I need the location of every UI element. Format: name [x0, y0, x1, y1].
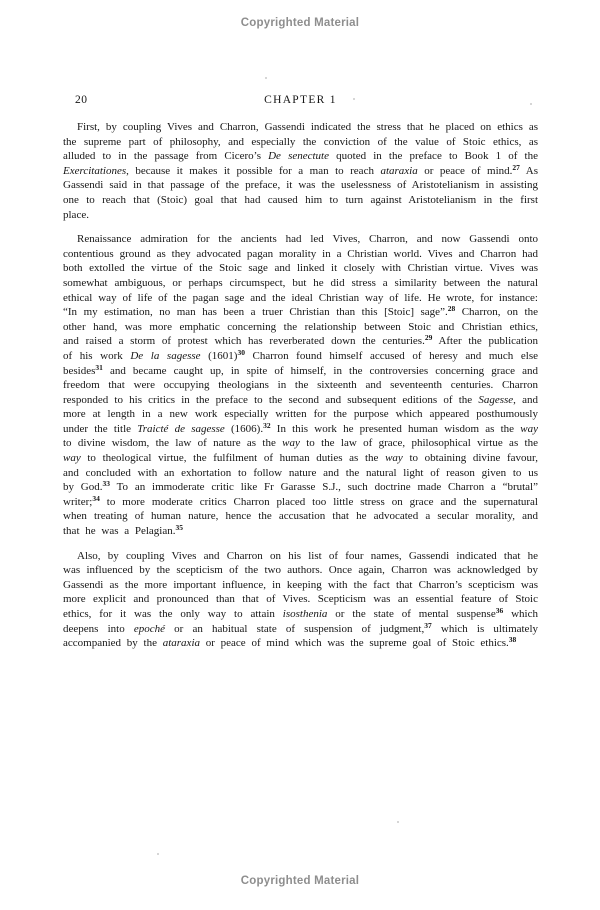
footnote-reference: 32 [263, 421, 271, 430]
text-run: or the state of mental suspense [327, 608, 495, 620]
text-run: or an habitual state of suspension of ju… [165, 623, 424, 635]
paragraph: Also, by coupling Vives and Charron on h… [63, 549, 538, 651]
paragraph: First, by coupling Vives and Charron, Ga… [63, 120, 538, 222]
copyright-notice-top: Copyrighted Material [0, 17, 600, 29]
text-run: to theological virtue, the fulfilment of… [81, 452, 385, 464]
book-page-scan: Copyrighted Material 20 CHAPTER 1 First,… [0, 0, 600, 910]
footnote-reference: 31 [95, 363, 103, 372]
italic-text: ataraxia [380, 165, 417, 177]
italic-text: epoché [134, 623, 165, 635]
footnote-reference: 38 [509, 635, 517, 644]
italic-text: De senectute [268, 150, 329, 162]
italic-text: isosthenia [283, 608, 328, 620]
italic-text: ataraxia [163, 637, 200, 649]
body-text: First, by coupling Vives and Charron, Ga… [63, 120, 538, 651]
footnote-reference: 30 [237, 348, 245, 357]
copyright-notice-bottom: Copyrighted Material [0, 875, 600, 887]
chapter-header: CHAPTER 1 [63, 94, 538, 106]
text-run: In this work he presented human wisdom a… [271, 423, 521, 435]
scan-speck [265, 77, 267, 79]
footnote-reference: 34 [92, 494, 100, 503]
running-header: 20 CHAPTER 1 [63, 94, 538, 110]
text-run: to the law of grace, philosophical virtu… [300, 437, 538, 449]
italic-text: Exercitationes [63, 165, 126, 177]
text-run: or peace of mind which was the supreme g… [200, 637, 509, 649]
scan-speck [397, 821, 399, 823]
italic-text: way [385, 452, 403, 464]
paragraph: Renaissance admiration for the ancients … [63, 232, 538, 538]
scan-speck [530, 103, 532, 105]
footnote-reference: 35 [176, 523, 184, 532]
italic-text: De la sagesse [130, 350, 200, 362]
scan-speck [353, 98, 355, 100]
text-run: to divine wisdom, the law of nature as t… [63, 437, 282, 449]
text-run: , because it makes it possible for a man… [126, 165, 380, 177]
text-run: (1606). [225, 423, 263, 435]
italic-text: Sagesse [478, 394, 513, 406]
italic-text: Traicté de sagesse [137, 423, 225, 435]
italic-text: way [63, 452, 81, 464]
scan-speck [157, 853, 159, 855]
text-run: to more moderate critics Charron placed … [63, 496, 538, 537]
italic-text: way [282, 437, 300, 449]
italic-text: way [520, 423, 538, 435]
text-run: or peace of mind. [418, 165, 513, 177]
footnote-reference: 27 [512, 163, 520, 172]
footnote-reference: 37 [424, 621, 432, 630]
text-run: (1601) [201, 350, 238, 362]
footnote-reference: 33 [103, 479, 111, 488]
text-run: and became caught up, in spite of himsel… [63, 365, 538, 406]
text-run: quoted in the preface to Book 1 of the [329, 150, 538, 162]
